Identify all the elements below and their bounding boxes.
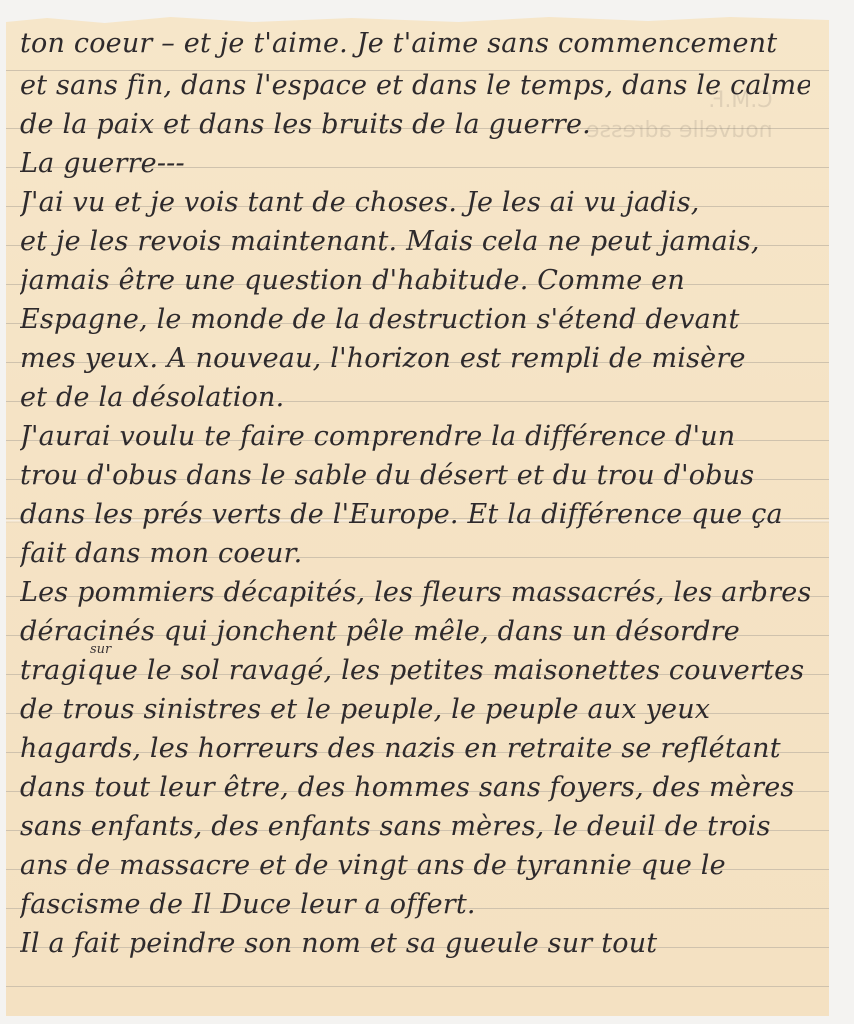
text-line: J'ai vu et je vois tant de choses. Je le… (20, 187, 810, 218)
text-line: et je les revois maintenant. Mais cela n… (20, 226, 810, 257)
text-line: Espagne, le monde de la destruction s'ét… (20, 304, 810, 335)
text-line: Il a fait peindre son nom et sa gueule s… (20, 928, 810, 959)
text-line: J'aurai voulu te faire comprendre la dif… (20, 421, 810, 452)
text-line: mes yeux. A nouveau, l'horizon est rempl… (20, 343, 810, 374)
text-line: hagards, les horreurs des nazis en retra… (20, 733, 810, 764)
text-line: fascisme de Il Duce leur a offert. (20, 889, 810, 920)
text-line: et de la désolation. (20, 382, 810, 413)
text-line: fait dans mon coeur. (20, 538, 810, 569)
text-line: Les pommiers décapités, les fleurs massa… (20, 577, 810, 608)
text-line: dans les prés verts de l'Europe. Et la d… (20, 499, 810, 530)
text-line: jamais être une question d'habitude. Com… (20, 265, 810, 296)
interlinear-insertion: sur (90, 642, 111, 657)
text-line: ans de massacre et de vingt ans de tyran… (20, 850, 810, 881)
text-line: de la paix et dans les bruits de la guer… (20, 109, 810, 140)
text-line: déracinés qui jonchent pêle mêle, dans u… (20, 616, 810, 647)
text-line: tragique le sol ravagé, les petites mais… (20, 655, 810, 686)
text-line: ton coeur – et je t'aime. Je t'aime sans… (20, 28, 810, 59)
text-line: sans enfants, des enfants sans mères, le… (20, 811, 810, 842)
text-line: et sans fin, dans l'espace et dans le te… (20, 70, 810, 101)
text-line: trou d'obus dans le sable du désert et d… (20, 460, 810, 491)
ruled-line (6, 986, 829, 987)
text-line: dans tout leur être, des hommes sans foy… (20, 772, 810, 803)
text-line: La guerre--- (20, 148, 810, 179)
text-line: de trous sinistres et le peuple, le peup… (20, 694, 810, 725)
